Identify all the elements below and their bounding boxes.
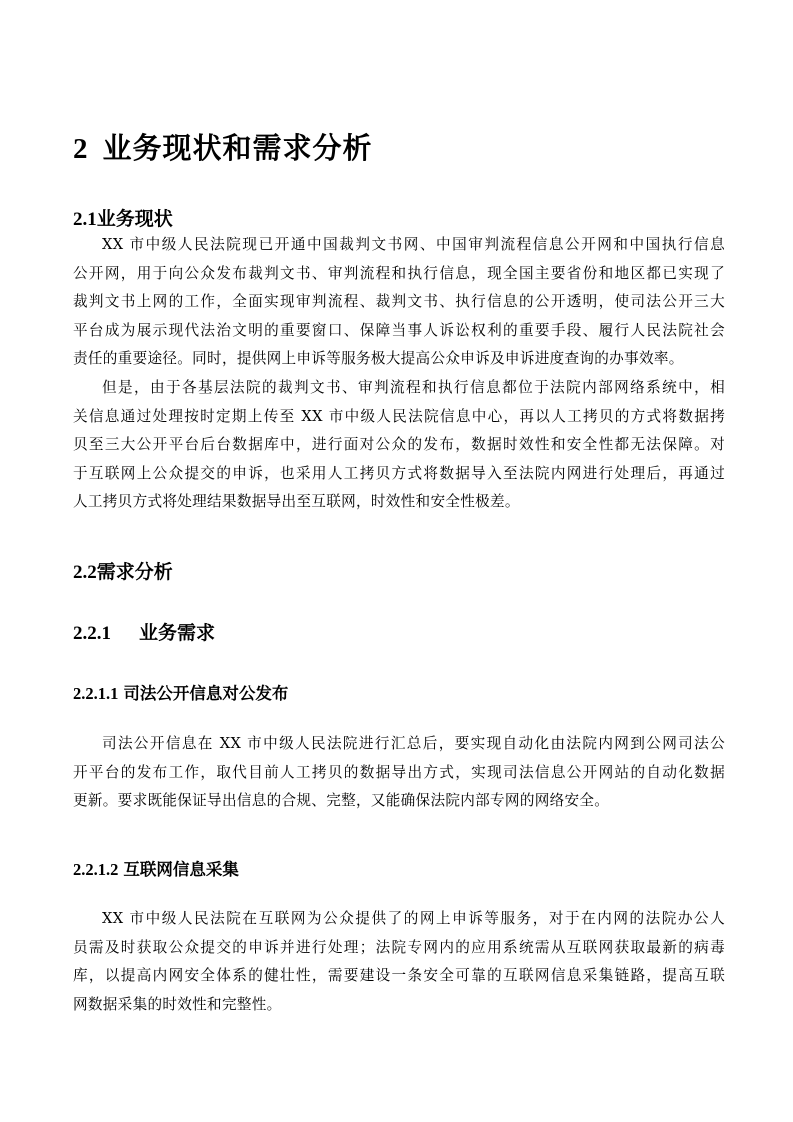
text-line: 但是，由于各基层法院的裁判文书、审判流程和执行信息都位于法院内部网络系统中，相 [73,374,725,403]
text-line: 库，以提高内网安全体系的健壮性，需要建设一条安全可靠的互联网信息采集链路，提高互… [73,962,725,991]
item-number: 2.2.1.2 [73,860,118,879]
subsection-heading-2-2-1: 2.2.1业务需求 [73,618,215,645]
item-heading-2-2-1-1: 2.2.1.1司法公开信息对公发布 [73,680,288,704]
text-line: 开平台的发布工作，取代目前人工拷贝的数据导出方式，实现司法信息公开网站的自动化数… [73,759,725,788]
text-line: XX 市中级人民法院在互联网为公众提供了的网上申诉等服务，对于在内网的法院办公人 [73,905,725,934]
section-title: 业务现状 [97,208,173,230]
item-number: 2.2.1.1 [73,684,118,703]
document-page: 2业务现状和需求分析 2.1业务现状 XX 市中级人民法院现已开通中国裁判文书网… [0,0,793,1122]
section-heading-2-1: 2.1业务现状 [73,204,173,231]
section-title: 需求分析 [97,561,173,583]
section-number: 2.1 [73,209,97,230]
paragraph-judicial-publication: 司法公开信息在 XX 市中级人民法院进行汇总后，要实现自动化由法院内网到公网司法… [73,730,725,816]
text-line: 人工拷贝方式将处理结果数据导出至互联网，时效性和安全性极差。 [73,488,725,517]
text-line: 于互联网上公众提交的申诉，也采用人工拷贝方式将数据导入至法院内网进行处理后，再通… [73,460,725,489]
text-line: 员需及时获取公众提交的申诉并进行处理；法院专网内的应用系统需从互联网获取最新的病… [73,934,725,963]
text-line: 网数据采集的时效性和完整性。 [73,991,725,1020]
paragraph-internet-collection: XX 市中级人民法院在互联网为公众提供了的网上申诉等服务，对于在内网的法院办公人… [73,905,725,1019]
paragraph-current-status-1: XX 市中级人民法院现已开通中国裁判文书网、中国审判流程信息公开网和中国执行信息… [73,231,725,374]
text-line: 平台成为展示现代法治文明的重要窗口、保障当事人诉讼权利的重要手段、履行人民法院社… [73,317,725,346]
text-line: 更新。要求既能保证导出信息的合规、完整，又能确保法院内部专网的网络安全。 [73,787,725,816]
text-line: 裁判文书上网的工作，全面实现审判流程、裁判文书、执行信息的公开透明，使司法公开三… [73,288,725,317]
item-title: 司法公开信息对公发布 [123,684,288,703]
text-line: 责任的重要途径。同时，提供网上申诉等服务极大提高公众申诉及申诉进度查询的办事效率… [73,345,725,374]
chapter-heading: 2业务现状和需求分析 [73,126,373,167]
text-line: 司法公开信息在 XX 市中级人民法院进行汇总后，要实现自动化由法院内网到公网司法… [73,730,725,759]
chapter-title: 业务现状和需求分析 [103,131,373,165]
subsection-title: 业务需求 [139,622,215,644]
chapter-number: 2 [73,133,89,165]
subsection-number: 2.2.1 [73,623,111,644]
paragraph-current-status-2: 但是，由于各基层法院的裁判文书、审判流程和执行信息都位于法院内部网络系统中，相 … [73,374,725,517]
section-number: 2.2 [73,562,97,583]
item-title: 互联网信息采集 [123,860,239,879]
item-heading-2-2-1-2: 2.2.1.2互联网信息采集 [73,856,239,880]
text-line: 关信息通过处理按时定期上传至 XX 市中级人民法院信息中心，再以人工拷贝的方式将… [73,403,725,432]
section-heading-2-2: 2.2需求分析 [73,557,173,584]
text-line: 公开网，用于向公众发布裁判文书、审判流程和执行信息，现全国主要省份和地区都已实现… [73,260,725,289]
text-line: XX 市中级人民法院现已开通中国裁判文书网、中国审判流程信息公开网和中国执行信息 [73,231,725,260]
text-line: 贝至三大公开平台后台数据库中，进行面对公众的发布，数据时效性和安全性都无法保障。… [73,431,725,460]
